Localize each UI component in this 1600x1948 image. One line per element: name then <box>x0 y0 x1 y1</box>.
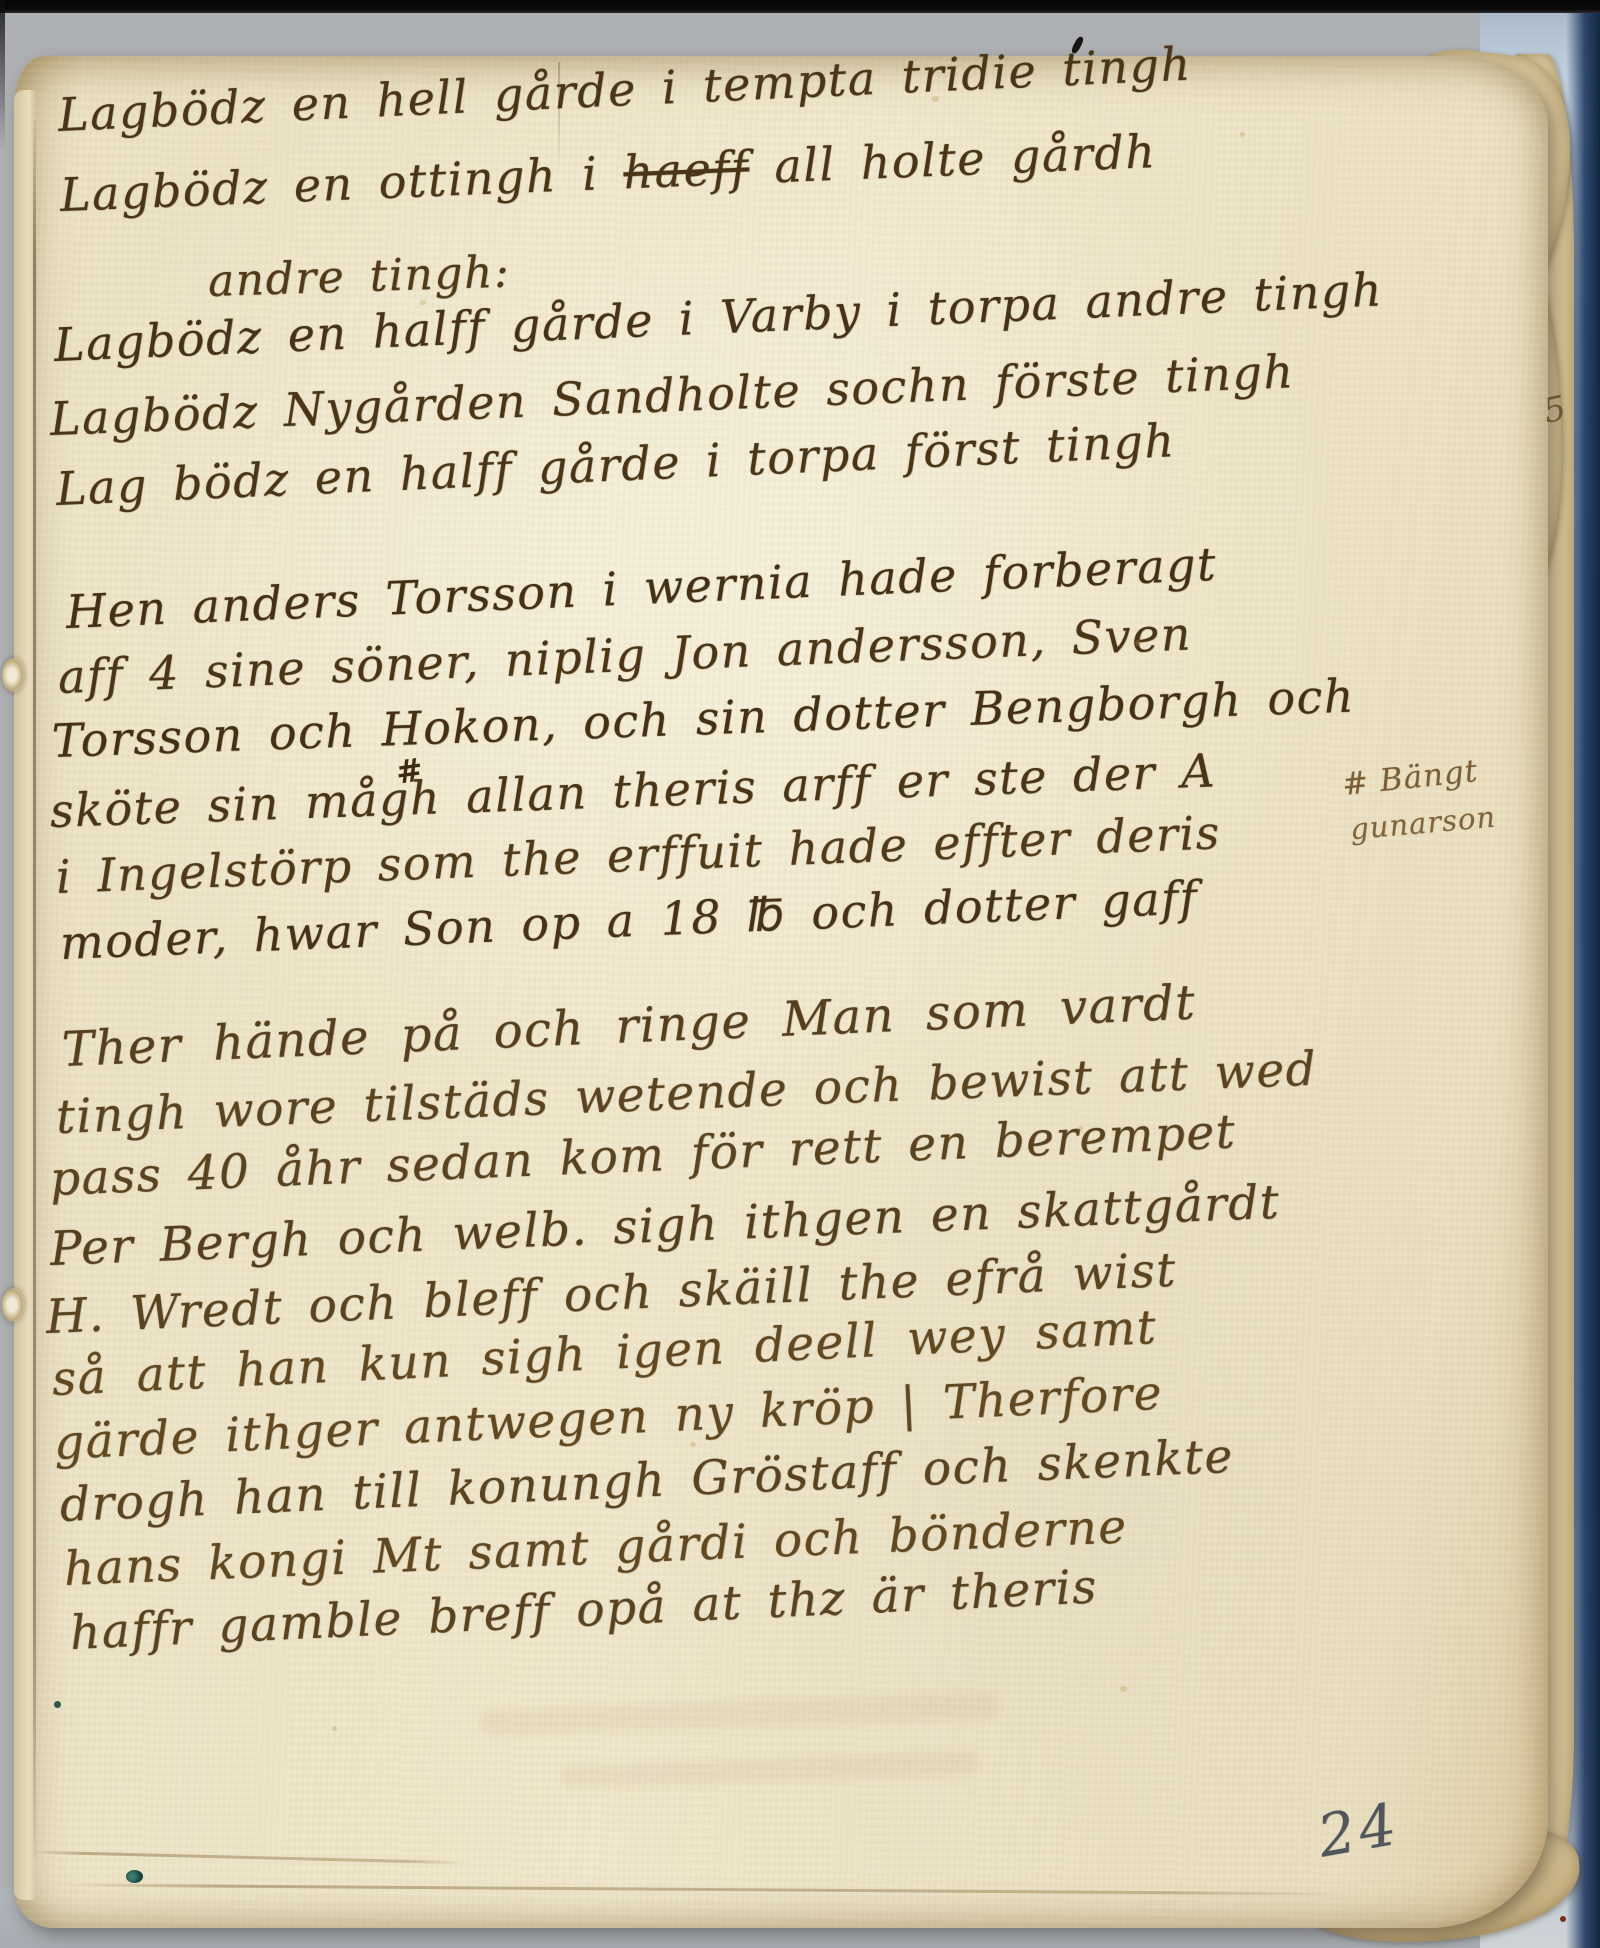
foxing-spot <box>690 1442 696 1447</box>
teal-stain <box>126 1870 143 1883</box>
scan-top-black-bar <box>0 0 1600 13</box>
folio-number: 24 <box>1313 1789 1405 1870</box>
foxing-spot <box>1120 1686 1127 1692</box>
inline-hash-mark: # <box>393 750 425 791</box>
foxing-spot <box>332 1726 337 1731</box>
scan-topleft-shadow <box>0 0 5 150</box>
foxing-spot <box>420 300 426 305</box>
manuscript-line: andre tingh: <box>207 247 511 307</box>
gutter-crease-line <box>33 120 36 1860</box>
binding-stitch <box>2 1288 24 1322</box>
foxing-spot <box>1078 1126 1083 1131</box>
foxing-spot <box>1135 640 1141 646</box>
foxing-spot <box>932 96 939 102</box>
red-speck <box>1560 1916 1566 1922</box>
manuscript-scan: Lagbödz en hell gårde i tempta tridie ti… <box>0 0 1600 1948</box>
struck-word: haeff <box>622 140 750 199</box>
foxing-spot <box>1240 132 1245 137</box>
binding-stitch <box>2 658 24 692</box>
teal-dot <box>54 1701 61 1708</box>
